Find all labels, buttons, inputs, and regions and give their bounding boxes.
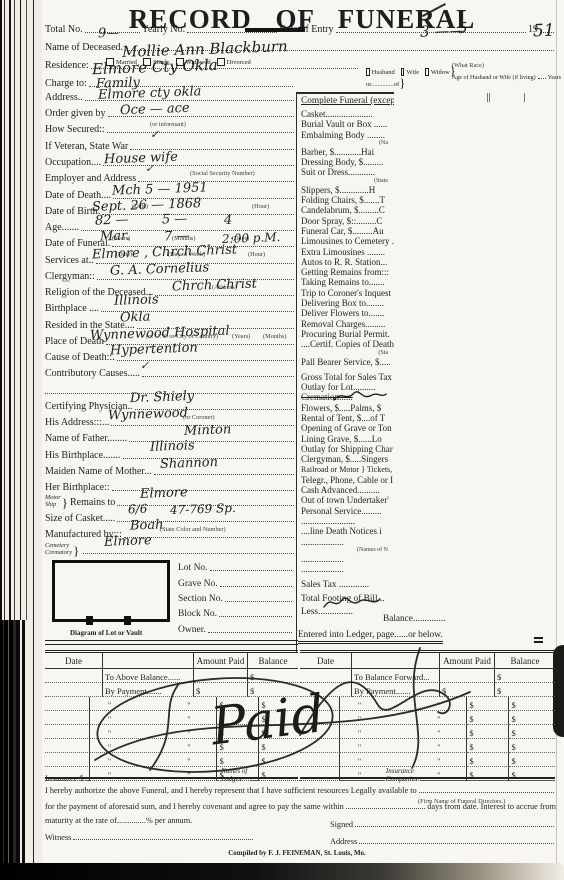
hw-residence: Elmore Cty Okla bbox=[92, 56, 218, 78]
hw-manufactured-by: Boah bbox=[130, 517, 164, 533]
compiled-by-line: Compiled by F. J. FEINEMAN, St. Louis, M… bbox=[40, 849, 554, 857]
book-spine-artifact-lower bbox=[0, 620, 32, 880]
table-row: " "$$ bbox=[45, 711, 298, 725]
age-of-spouse-row: Age of Husband or Wife (if living) Years bbox=[452, 75, 556, 81]
total-no-label: Total No. bbox=[45, 24, 83, 35]
charge-sublabel: (State bbox=[301, 178, 394, 185]
charge-item: Out of town Undertaker' bbox=[301, 495, 394, 505]
header-row-numbers: Total No. Yearly No. Date of Entry 19 bbox=[45, 24, 556, 35]
field-birthplace: Birthplace .... bbox=[45, 299, 296, 314]
ssn-sublabel: (Social Security Number) bbox=[190, 170, 255, 177]
charge-item: Getting Remains from::: bbox=[301, 267, 394, 277]
field-lot-no: Lot No. bbox=[178, 558, 294, 573]
signed-label: Signed bbox=[330, 820, 353, 829]
hw-physician-address: Wynnewood bbox=[108, 406, 188, 424]
field-contributory: Contributory Causes..... bbox=[45, 364, 296, 379]
section-divider bbox=[45, 640, 298, 645]
charge-item: Gross Total for Sales Tax bbox=[301, 372, 394, 382]
charge-item: Taking Remains to....... bbox=[301, 277, 394, 287]
payment-table-right: Date Amount Paid Balance To Balance Forw… bbox=[300, 650, 555, 779]
or-of-label: or..............of bbox=[366, 81, 399, 88]
charge-item: Slippers, $.............H bbox=[301, 185, 394, 195]
insurance-row: Insurance $ Names ofLodges. InsuranceCom… bbox=[45, 768, 556, 783]
table-row: " "$$ bbox=[300, 753, 555, 767]
months-sublabel-2: (Months) bbox=[263, 333, 286, 340]
field-religion: Religion of the Deceased... bbox=[45, 283, 296, 298]
hw-entry-day: 5 bbox=[458, 19, 468, 37]
address-row: Address bbox=[330, 837, 556, 846]
table-row: " "$$ bbox=[45, 697, 298, 711]
address-label: Address bbox=[330, 837, 357, 846]
field-owner: Owner. bbox=[178, 620, 294, 635]
charge-item-tickets: Railroad or Motor } Tickets, $...... bbox=[301, 465, 394, 475]
charge-item: ........................ bbox=[301, 516, 394, 526]
table-row: " "$$ bbox=[45, 753, 298, 767]
witness-label: Witness bbox=[45, 833, 71, 842]
date-header: Date bbox=[45, 653, 103, 668]
charge-item: Suit or Dress............ bbox=[301, 167, 394, 177]
charge-item: Deliver Flowers to....... bbox=[301, 308, 394, 318]
hw-father: Minton bbox=[184, 422, 232, 439]
total-footing-line: Total Footing of Bill... bbox=[301, 593, 394, 607]
widow-label: Widow bbox=[431, 69, 450, 76]
insurance-label: Insurance $ bbox=[45, 774, 83, 783]
residence-label: Residence: bbox=[45, 60, 89, 71]
charge-item: Pall Bearer Service, $..... bbox=[301, 357, 394, 367]
charge-item: Procuring Burial Permit. bbox=[301, 329, 394, 339]
table-row: By Payment.......$$ bbox=[300, 683, 555, 697]
charge-item: Trip to Coroner's Inquest bbox=[301, 288, 394, 298]
charge-sublabel: (Sta bbox=[301, 350, 394, 357]
charge-item: Opening of Grave or Ton bbox=[301, 423, 394, 433]
hw-funeral-month: Mar. bbox=[100, 228, 130, 244]
state-color-number-sublabel: (State Color and Number) bbox=[160, 526, 226, 533]
charge-item: Limousines to Cemetery . bbox=[301, 236, 394, 246]
brace-glyph: } bbox=[399, 78, 405, 88]
hw-age-days: 4 bbox=[224, 213, 233, 228]
charge-item: Outlay for Lot..,....... bbox=[301, 382, 394, 392]
ruling-artifact bbox=[524, 93, 525, 102]
field-cemetery-crematory: CemeteryCrematory } bbox=[45, 541, 296, 556]
charge-item: Removal Charges......... bbox=[301, 319, 394, 329]
lot-diagram-caption: Diagram of Lot or Vault bbox=[70, 629, 142, 637]
charges-heading: Complete Funeral (except c bbox=[301, 96, 394, 106]
hw-birthplace: Illinois bbox=[114, 292, 159, 309]
name-of-deceased-label: Name of Deceased. bbox=[45, 42, 123, 53]
charge-item: Folding Chairs, $.......T bbox=[301, 195, 394, 205]
charge-item: Burial Vault or Box ...... bbox=[301, 119, 394, 129]
charge-item: Lining Grave, $......Lo bbox=[301, 434, 394, 444]
lot-diagram-box bbox=[52, 560, 170, 622]
charge-item: Funeral Car, $.........Au bbox=[301, 226, 394, 236]
scan-mark bbox=[534, 641, 543, 643]
insurance-companies-label-2: Companies bbox=[386, 776, 418, 784]
date-of-entry-label: Date of Entry bbox=[279, 24, 333, 35]
hw-employer-check: ✓ bbox=[145, 162, 155, 175]
or-of-row: or..............of } bbox=[366, 78, 458, 88]
table-row: " "$$ bbox=[300, 725, 555, 739]
hw-total-no: 9— bbox=[98, 26, 120, 42]
table-row: " "$$ bbox=[45, 725, 298, 739]
charge-item: Rental of Tent, $....of T bbox=[301, 413, 394, 423]
payment-table-header: Date Amount Paid Balance bbox=[300, 653, 555, 669]
charge-item: Flowers, $.....Palms, $ bbox=[301, 403, 394, 413]
table-row: " "$$ bbox=[45, 739, 298, 753]
payment-table-left: Date Amount Paid Balance To Above Balanc… bbox=[45, 650, 298, 779]
scan-bottom-shadow bbox=[0, 863, 564, 880]
checkbox-widow bbox=[425, 68, 429, 76]
hw-age-months: 5 — bbox=[162, 212, 188, 228]
witness-row: Witness bbox=[45, 833, 255, 842]
spouse-checkbox-row: Husband Wife Widow } bbox=[366, 66, 458, 76]
charge-item: Dressing Body, $......... bbox=[301, 157, 394, 167]
table-row: " "$$ bbox=[300, 739, 555, 753]
wife-label: Wife bbox=[406, 69, 419, 76]
hw-entry-year: 51 bbox=[533, 21, 555, 42]
entered-into-ledger-line: Entered into Ledger, page......or below. bbox=[298, 630, 443, 644]
charge-item: Outlay for Shipping Char bbox=[301, 444, 394, 454]
hw-resided-state: Okla bbox=[120, 309, 151, 325]
charge-item: Door Spray, $::.........C bbox=[301, 216, 394, 226]
balance-line: Balance.............. bbox=[383, 614, 445, 624]
hw-mother: Shannon bbox=[160, 455, 218, 472]
charge-item: Barber, $............Hai bbox=[301, 147, 394, 157]
hw-funeral-day: 7 — bbox=[164, 229, 190, 245]
field-block-no: Block No. bbox=[178, 604, 294, 619]
charge-item: ................... bbox=[301, 554, 394, 564]
charge-item: Cash Advanced.......... bbox=[301, 485, 394, 495]
age-of-spouse-label: Age of Husband or Wife (if living) bbox=[452, 75, 536, 81]
hw-cemetery: Elmore bbox=[104, 533, 152, 550]
hw-casket-size: 6/6 bbox=[128, 502, 148, 517]
legal-line-3: maturity at the rate of..............% p… bbox=[45, 816, 265, 825]
legal-line-2: for the payment of aforesaid sum, and I … bbox=[45, 802, 556, 811]
yearly-no-label: Yearly No. bbox=[142, 24, 185, 35]
payment-table-header: Date Amount Paid Balance bbox=[45, 653, 298, 669]
legal-line-1: I hereby authorize the above Funeral, an… bbox=[45, 786, 556, 795]
book-spine-artifact bbox=[0, 0, 42, 880]
hw-religion: Chrch Christ bbox=[172, 277, 257, 295]
charges-list: Complete Funeral (except c Casket.......… bbox=[296, 92, 394, 652]
hw-order-given-by: Oce — ace bbox=[120, 101, 190, 118]
field-section-no: Section No. bbox=[178, 589, 294, 604]
balance-header: Balance bbox=[495, 653, 555, 668]
checkbox-husband bbox=[366, 68, 370, 76]
years-sublabel-2: (Years) bbox=[232, 333, 250, 340]
charge-item: Autos to R. R. Station... bbox=[301, 257, 394, 267]
charge-item: ................... bbox=[301, 564, 394, 574]
ship-label: Ship bbox=[45, 502, 61, 509]
charge-item: ....line Death Notices i bbox=[301, 526, 394, 536]
field-grave-no: Grave No. bbox=[178, 574, 294, 589]
hw-casket-number: 47-769 Sp. bbox=[170, 501, 236, 517]
charge-item: Casket..................... bbox=[301, 109, 394, 119]
hw-father-birthplace: Illinois bbox=[150, 438, 195, 455]
charge-item: Embalming Body ........ bbox=[301, 130, 394, 140]
charge-item: Clergyman, $.....Singers bbox=[301, 454, 394, 464]
funeral-record-page: RECORD OF FUNERAL Total No. Yearly No. D… bbox=[0, 0, 564, 880]
husband-label: Husband bbox=[372, 69, 395, 76]
brace-glyph: } bbox=[73, 546, 79, 556]
signed-row: Signed bbox=[330, 820, 556, 829]
hw-veteran-check: ✓ bbox=[150, 128, 160, 141]
hour-sublabel: (Hour) bbox=[252, 203, 269, 210]
charge-item-cremation: Cremation:..... bbox=[301, 392, 394, 402]
table-row: By Payment.......$$ bbox=[45, 683, 298, 697]
years-label: Years bbox=[548, 75, 561, 81]
sales-tax-line: Sales Tax ............. bbox=[301, 579, 394, 593]
brace-glyph: } bbox=[62, 498, 68, 508]
table-row: " "$$ bbox=[300, 697, 555, 711]
charge-sublabel: (Na bbox=[301, 140, 394, 147]
charge-item: ................... bbox=[301, 537, 394, 547]
date-header: Date bbox=[300, 653, 352, 668]
charge-item: Personal Service......... bbox=[301, 506, 394, 516]
hw-occupation: House wife bbox=[104, 150, 178, 168]
ruling-artifact bbox=[487, 93, 490, 102]
hw-cause-of-death: Hypertention bbox=[110, 340, 198, 358]
table-row: To Above Balance......$ bbox=[45, 669, 298, 683]
charge-sublabel: (Names of N bbox=[301, 547, 394, 554]
less-line: Less............... bbox=[301, 606, 394, 620]
amount-paid-header: Amount Paid bbox=[440, 653, 495, 668]
balance-header: Balance bbox=[248, 653, 298, 668]
hw-physician: Dr. Shiely bbox=[130, 389, 195, 406]
hw-age-years: 82 — bbox=[95, 212, 129, 228]
page-edge-line bbox=[556, 0, 557, 880]
charge-item: Telegr., Phone, Cable or I bbox=[301, 475, 394, 485]
charge-item: Candelabrum, $.........C bbox=[301, 205, 394, 215]
lot-diagram-notch bbox=[124, 616, 131, 625]
hour-sublabel-2: (Hour) bbox=[248, 251, 265, 258]
charge-item: Extra Limousines ........ bbox=[301, 247, 394, 257]
charge-item: ....Certif. Copies of Death bbox=[301, 339, 394, 349]
hw-contributory-check: ✓ bbox=[140, 359, 150, 372]
lodges-label: Lodges. bbox=[221, 776, 247, 784]
lot-diagram-notch bbox=[86, 616, 93, 625]
hw-remains-to: Elmore bbox=[140, 485, 188, 502]
amount-paid-header: Amount Paid bbox=[194, 653, 248, 668]
scan-mark bbox=[534, 637, 543, 639]
crematory-label: Crematory bbox=[45, 550, 72, 557]
table-row: To Balance Forward...$ bbox=[300, 669, 555, 683]
charge-item: Delivering Box to........ bbox=[301, 298, 394, 308]
table-row: " "$$ bbox=[300, 711, 555, 725]
